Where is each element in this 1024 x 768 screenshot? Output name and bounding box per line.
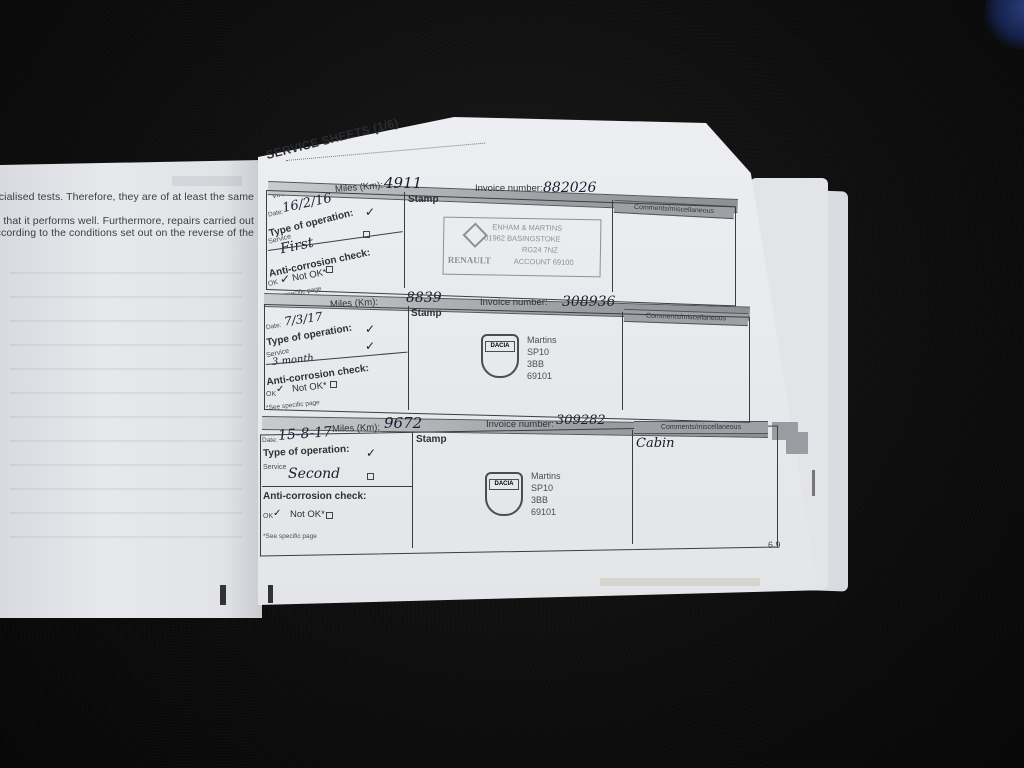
invoice-value: 882026	[543, 180, 596, 196]
invoice-label: Invoice number:	[486, 419, 554, 430]
column-divider	[632, 430, 633, 544]
page-number: 6.9	[768, 540, 781, 550]
bleed-through-heading	[172, 176, 242, 186]
not-ok-label: Not OK*	[290, 509, 325, 520]
stamp-label: Stamp	[416, 434, 447, 445]
comments-value: Cabin	[636, 436, 675, 451]
row-divider	[262, 486, 412, 487]
entry-frame	[266, 190, 736, 306]
footnote-label: *See specific page	[263, 533, 317, 540]
check-mark-icon: ✓	[273, 508, 281, 519]
left-page-text-line: ghly-specialised tests. Therefore, they …	[0, 191, 254, 203]
stamp-line: SP10 3BB	[531, 482, 561, 506]
bleed-through-lines	[10, 250, 242, 550]
page-wear	[600, 578, 760, 586]
left-page-text-line: ensure that it performs well. Furthermor…	[0, 215, 254, 227]
left-page-text-line: ed according to the conditions set out o…	[0, 227, 254, 239]
spine-mark	[268, 585, 273, 603]
stamp-line: Martins	[531, 470, 561, 482]
checkbox	[326, 512, 333, 519]
dacia-logo-icon: DACIA	[485, 472, 523, 516]
comments-header: Comments/miscellaneous	[634, 421, 768, 434]
left-page: ghly-specialised tests. Therefore, they …	[0, 160, 262, 618]
column-divider	[412, 432, 413, 548]
anti-corrosion-label: Anti-corrosion check:	[263, 491, 366, 502]
miles-value: 4911	[384, 174, 422, 192]
section-tab-marker	[786, 432, 808, 454]
stamp-line: 69101	[531, 506, 561, 518]
ok-label: OK	[263, 513, 273, 520]
invoice-label: Invoice number:	[475, 183, 543, 194]
check-mark-icon: ✓	[366, 446, 376, 460]
service-type-value: Second	[288, 466, 340, 482]
checkbox	[367, 473, 374, 480]
dealer-stamp-dacia: Martins SP10 3BB 69101	[531, 470, 561, 518]
edge-mark	[812, 470, 815, 496]
stamp-brand: DACIA	[489, 479, 519, 490]
entry-frame	[264, 304, 750, 423]
left-page-tab-mark	[220, 585, 226, 605]
miles-value: 9672	[384, 414, 422, 432]
service-label: Service	[263, 464, 286, 471]
